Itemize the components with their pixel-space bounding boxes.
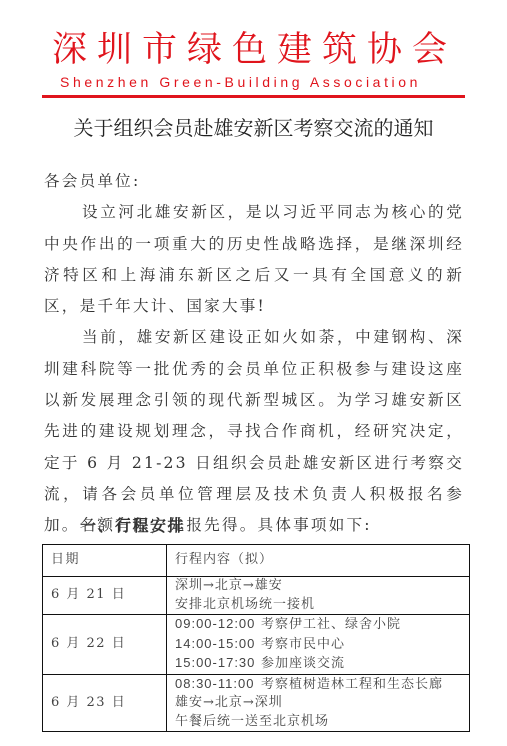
itinerary-line: 15:00-17:30参加座谈交流 — [175, 654, 469, 674]
row-content: 09:00-12:00考察伊工社、绿舍小院 14:00-15:00考察市民中心 … — [167, 615, 470, 675]
itinerary-line: 午餐后统一送至北京机场 — [175, 713, 469, 732]
itinerary-text: 深圳→北京→雄安 — [175, 578, 283, 593]
org-name-cn: 深圳市绿色建筑协会 — [52, 28, 452, 72]
row-content: 深圳→北京→雄安 安排北京机场统一接机 — [167, 577, 470, 615]
itinerary-text: 考察伊工社、绿舍小院 — [261, 617, 401, 632]
section-heading-itinerary: 一、行程安排 — [80, 514, 185, 538]
itinerary-time: 09:00-12:00 — [175, 615, 261, 634]
header-content-label: 行程内容（拟） — [175, 551, 469, 570]
itinerary-line: 14:00-15:00考察市民中心 — [175, 635, 469, 655]
document-title: 关于组织会员赴雄安新区考察交流的通知 — [0, 114, 507, 142]
org-name-en: Shenzhen Green-Building Association — [60, 73, 450, 91]
itinerary-line: 深圳→北京→雄安 — [175, 577, 469, 596]
itinerary-text: 考察植树造林工程和生态长廊 — [261, 677, 443, 692]
itinerary-line: 08:30-11:00考察植树造林工程和生态长廊 — [175, 675, 469, 695]
table-row: 6 月 22 日 09:00-12:00考察伊工社、绿舍小院 14:00-15:… — [43, 615, 470, 675]
itinerary-line: 09:00-12:00考察伊工社、绿舍小院 — [175, 615, 469, 635]
row-content: 08:30-11:00考察植树造林工程和生态长廊 雄安→北京→深圳 午餐后统一送… — [167, 674, 470, 732]
itinerary-line: 雄安→北京→深圳 — [175, 694, 469, 713]
paragraph-1: 设立河北雄安新区，是以习近平同志为核心的党中央作出的一项重大的历史性战略选择，是… — [44, 197, 464, 322]
row-date: 6 月 21 日 — [43, 577, 167, 615]
itinerary-text: 午餐后统一送至北京机场 — [175, 714, 329, 729]
table-row: 6 月 23 日 08:30-11:00考察植树造林工程和生态长廊 雄安→北京→… — [43, 674, 470, 732]
document-body: 各会员单位: 设立河北雄安新区，是以习近平同志为核心的党中央作出的一项重大的历史… — [44, 166, 464, 542]
itinerary-line: 安排北京机场统一接机 — [175, 596, 469, 615]
itinerary-table: 日期 行程内容（拟） 6 月 21 日 深圳→北京→雄安 安排北京机场统一接机 … — [42, 544, 470, 732]
itinerary-text: 考察市民中心 — [261, 637, 345, 652]
table-row: 6 月 21 日 深圳→北京→雄安 安排北京机场统一接机 — [43, 577, 470, 615]
itinerary-time: 14:00-15:00 — [175, 635, 261, 654]
table-header-row: 日期 行程内容（拟） — [43, 545, 470, 577]
salutation: 各会员单位: — [44, 166, 464, 197]
itinerary-time: 08:30-11:00 — [175, 675, 261, 694]
itinerary-text: 雄安→北京→深圳 — [175, 695, 283, 710]
paragraph-2: 当前，雄安新区建设正如火如荼，中建钢构、深圳建科院等一批优秀的会员单位正积极参与… — [44, 322, 464, 541]
itinerary-text: 参加座谈交流 — [261, 656, 345, 671]
itinerary-text: 安排北京机场统一接机 — [175, 597, 315, 612]
row-date: 6 月 23 日 — [43, 674, 167, 732]
header-content: 行程内容（拟） — [167, 545, 470, 577]
row-date: 6 月 22 日 — [43, 615, 167, 675]
itinerary-time: 15:00-17:30 — [175, 654, 261, 673]
header-date: 日期 — [43, 545, 167, 577]
header-divider — [42, 95, 465, 98]
